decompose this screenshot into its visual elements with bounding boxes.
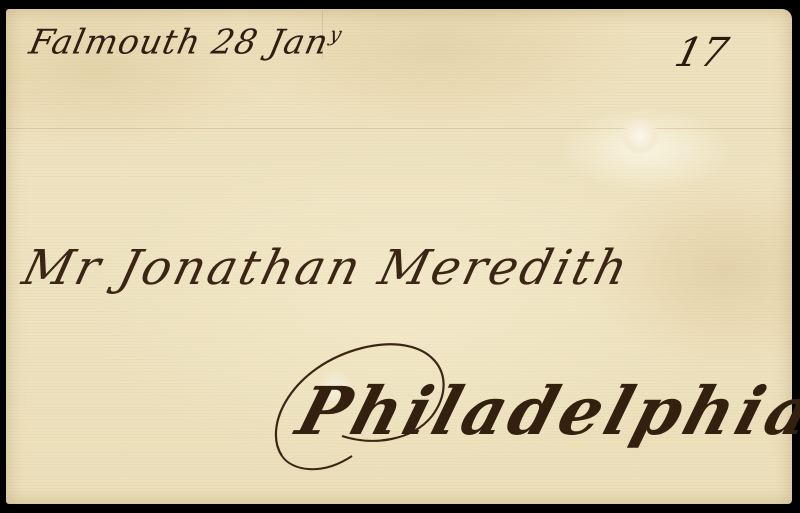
seal-tear-mark [620,118,660,154]
destination-city: Philadelphia [289,372,800,450]
fold-crease-horizontal [6,128,792,129]
addressee-name: Mr Jonathan Meredith [17,240,636,296]
dateline-text: Falmouth 28 Jan [26,22,333,62]
dateline: Falmouth 28 Jany [26,22,345,62]
